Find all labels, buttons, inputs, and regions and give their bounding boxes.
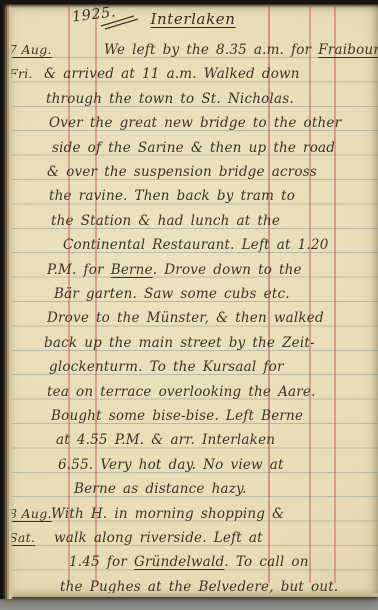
diary-line: Continental Restaurant. Left at 1.20 [0, 237, 378, 260]
text-segment: the ravine. Then back by tram to [49, 188, 295, 204]
text-segment: walk along riverside. Left at [54, 530, 263, 546]
diary-line: the ravine. Then back by tram to [0, 188, 378, 211]
line-text: Over the great new bridge to the other [49, 115, 341, 131]
line-text: Continental Restaurant. Left at 1.20 [63, 237, 329, 253]
text-segment: Berne as distance hazy. [74, 481, 247, 497]
text-segment: Drove to the Münster, & then walked [47, 310, 324, 326]
line-text: We left by the 8.35 a.m. for Fraibourg [104, 42, 378, 58]
text-segment: & arrived at 11 a.m. Walked down [44, 66, 300, 82]
text-segment: & over the suspension bridge across [47, 164, 317, 180]
text-segment: back up the main street by the Zeit- [44, 335, 315, 351]
diary-line: Over the great new bridge to the other [0, 115, 378, 138]
diary-line: Bought some bise-bise. Left Berne [0, 408, 378, 431]
text-segment: Bought some bise-bise. Left Berne [51, 408, 303, 424]
line-text: the ravine. Then back by tram to [49, 188, 295, 204]
diary-line: through the town to St. Nicholas. [0, 91, 378, 114]
underlined-word: Berne [111, 262, 153, 278]
text-segment: Bär garten. Saw some cubs etc. [54, 286, 290, 302]
line-text: at 4.55 P.M. & arr. Interlaken [56, 432, 275, 448]
line-text: Bought some bise-bise. Left Berne [51, 408, 303, 424]
text-segment: the Station & had lunch at the [51, 213, 280, 229]
notebook-page: 1925. Interlaken 7 Aug.We left by the 8.… [0, 0, 378, 597]
diary-line: & over the suspension bridge across [0, 164, 378, 187]
diary-line: 8 Aug.With H. in morning shopping & [0, 506, 378, 529]
line-text: through the town to St. Nicholas. [46, 91, 294, 107]
diary-line: side of the Sarine & then up the road [0, 140, 378, 163]
text-segment: tea on terrace overlooking the Aare. [47, 384, 316, 400]
text-segment: P.M. for [47, 262, 111, 278]
text-segment: glockenturm. To the Kursaal for [49, 359, 284, 375]
diary-line: at 4.55 P.M. & arr. Interlaken [0, 432, 378, 455]
line-text: With H. in morning shopping & [51, 506, 284, 522]
diary-line: Berne as distance hazy. [0, 481, 378, 504]
diary-line: 1.45 for Gründelwald. To call on [0, 554, 378, 577]
diary-line: P.M. for Berne. Drove down to the [0, 262, 378, 285]
text-segment: side of the Sarine & then up the road [52, 140, 335, 156]
line-text: glockenturm. To the Kursaal for [49, 359, 284, 375]
text-segment: With H. in morning shopping & [51, 506, 284, 522]
text-segment: 6.55. Very hot day. No view at [58, 457, 284, 473]
diary-line: the Station & had lunch at the [0, 213, 378, 236]
text-segment: . Drove down to the [153, 262, 302, 278]
text-segment: We left by the 8.35 a.m. for [104, 42, 318, 58]
underlined-word: Fraibourg [318, 42, 378, 58]
diary-line: Drove to the Münster, & then walked [0, 310, 378, 333]
page-title: Interlaken [118, 10, 268, 28]
line-text: walk along riverside. Left at [54, 530, 263, 546]
diary-line: the Pughes at the Belvedere, but out. [0, 579, 378, 602]
text-segment: at 4.55 P.M. & arr. Interlaken [56, 432, 275, 448]
diary-line: back up the main street by the Zeit- [0, 335, 378, 358]
text-segment: . To call on [224, 554, 308, 570]
line-text: & over the suspension bridge across [47, 164, 317, 180]
diary-line: Sat.walk along riverside. Left at [0, 530, 378, 553]
line-text: P.M. for Berne. Drove down to the [47, 262, 302, 278]
text-segment: Over the great new bridge to the other [49, 115, 341, 131]
line-text: Bär garten. Saw some cubs etc. [54, 286, 290, 302]
line-text: & arrived at 11 a.m. Walked down [44, 66, 300, 82]
text-segment: Continental Restaurant. Left at 1.20 [63, 237, 329, 253]
line-text: Drove to the Münster, & then walked [47, 310, 324, 326]
diary-line: glockenturm. To the Kursaal for [0, 359, 378, 382]
binding-edge [0, 0, 13, 599]
book-cover-top-edge [0, 0, 378, 8]
line-text: 6.55. Very hot day. No view at [58, 457, 284, 473]
diary-line: Fri.& arrived at 11 a.m. Walked down [0, 66, 378, 89]
diary-line: 6.55. Very hot day. No view at [0, 457, 378, 480]
text-segment: 1.45 for [69, 554, 134, 570]
line-text: 1.45 for Gründelwald. To call on [69, 554, 309, 570]
diary-line: Bär garten. Saw some cubs etc. [0, 286, 378, 309]
underlined-word: Gründelwald [134, 554, 224, 570]
diary-line: tea on terrace overlooking the Aare. [0, 384, 378, 407]
line-text: tea on terrace overlooking the Aare. [47, 384, 316, 400]
line-text: side of the Sarine & then up the road [52, 140, 335, 156]
text-segment: through the town to St. Nicholas. [46, 91, 294, 107]
diary-line: 7 Aug.We left by the 8.35 a.m. for Fraib… [0, 42, 378, 65]
margin-date: 7 Aug. [9, 42, 52, 57]
page-edge [0, 593, 378, 597]
margin-date: 8 Aug. [9, 506, 52, 521]
line-text: Berne as distance hazy. [74, 481, 247, 497]
notebook-photo: 1925. Interlaken 7 Aug.We left by the 8.… [0, 0, 378, 610]
line-text: the Station & had lunch at the [51, 213, 280, 229]
line-text: back up the main street by the Zeit- [44, 335, 315, 351]
